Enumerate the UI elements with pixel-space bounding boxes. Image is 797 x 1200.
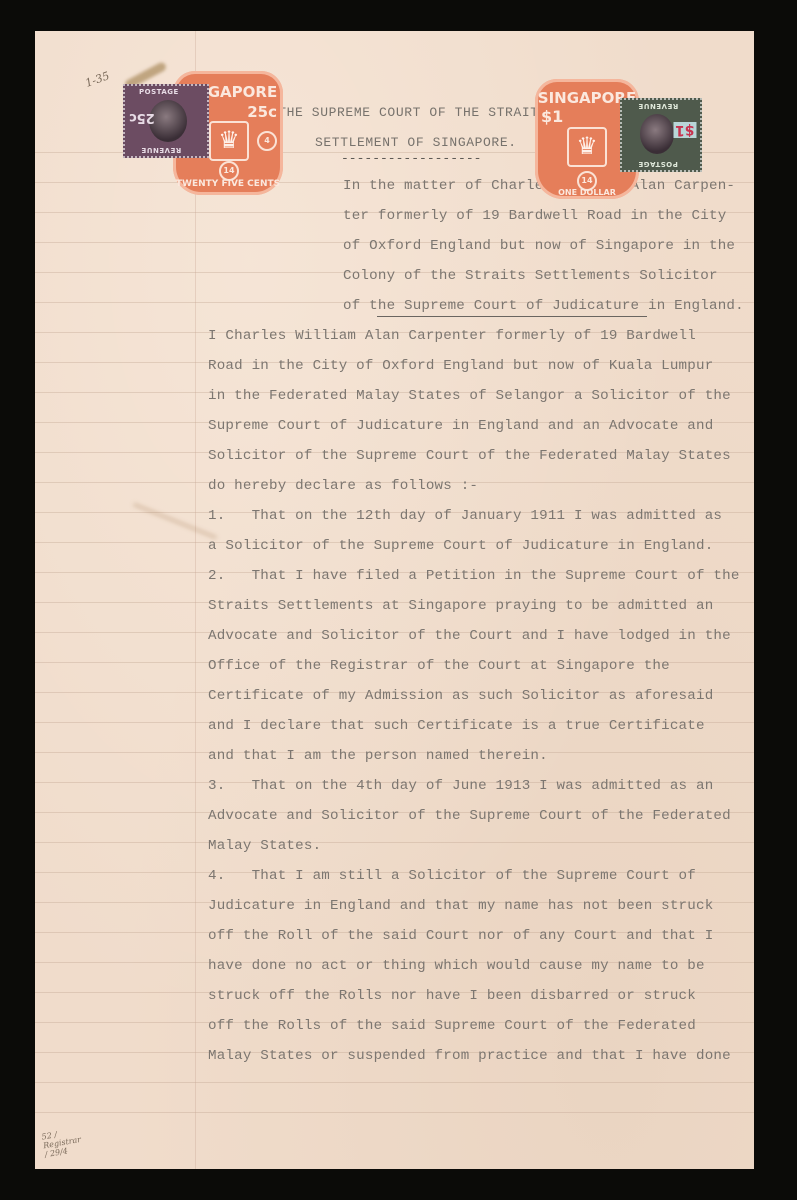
stamp-top-label: REVENUE	[638, 102, 678, 110]
body-line: Supreme Court of Judicature in England a…	[208, 418, 713, 434]
body-line: Certificate of my Admission as such Soli…	[208, 688, 713, 704]
ruled-line	[35, 1082, 754, 1083]
stamp-bottom-label: POSTAGE	[638, 160, 678, 168]
body-line: 1. That on the 12th day of January 1911 …	[208, 508, 722, 524]
ruled-line	[35, 842, 754, 843]
stamp-circle: 14	[219, 161, 239, 181]
body-line: in the Federated Malay States of Selango…	[208, 388, 731, 404]
body-line: Judicature in England and that my name h…	[208, 898, 713, 914]
pencil-note-bottom: 52 / Registrar / 29/4	[41, 1126, 85, 1160]
body-line: and that I am the person named therein.	[208, 748, 548, 764]
stamp-value: $1	[541, 107, 563, 126]
stamp-value: 25c	[129, 110, 155, 125]
body-line: Malay States or suspended from practice …	[208, 1048, 731, 1064]
stamp-bottom-label: REVENUE	[141, 146, 181, 154]
body-line: have done no act or thing which would ca…	[208, 958, 705, 974]
matter-line: ter formerly of 19 Bardwell Road in the …	[343, 208, 726, 224]
pencil-note-top: 1-35	[84, 69, 112, 90]
matter-line: of Oxford England but now of Singapore i…	[343, 238, 735, 254]
ink-smudge	[133, 502, 218, 539]
body-line: Advocate and Solicitor of the Supreme Co…	[208, 808, 731, 824]
body-line: do hereby declare as follows :-	[208, 478, 478, 494]
body-line: Straits Settlements at Singapore praying…	[208, 598, 713, 614]
body-line: Advocate and Solicitor of the Court and …	[208, 628, 731, 644]
heading-line-2: SETTLEMENT OF SINGAPORE.	[315, 135, 517, 150]
adhesive-stamp-green: REVENUE $1 POSTAGE	[620, 98, 702, 172]
body-line: and I declare that such Certificate is a…	[208, 718, 705, 734]
matter-line: Colony of the Straits Settlements Solici…	[343, 268, 718, 284]
matter-line: of the Supreme Court of Judicature in En…	[343, 298, 744, 314]
stamp-denomination: ONE DOLLAR	[535, 188, 639, 197]
body-line: Malay States.	[208, 838, 321, 854]
stamp-value: $1	[673, 122, 696, 138]
stamp-denomination: TWENTY FIVE CENTS	[173, 179, 283, 189]
crown-icon: ♛	[209, 121, 249, 161]
body-line: off the Roll of the said Court nor of an…	[208, 928, 713, 944]
ruled-line	[35, 1112, 754, 1113]
body-line: a Solicitor of the Supreme Court of Judi…	[208, 538, 713, 554]
body-line: Solicitor of the Supreme Court of the Fe…	[208, 448, 731, 464]
body-line: 3. That on the 4th day of June 1913 I wa…	[208, 778, 713, 794]
body-line: off the Rolls of the said Supreme Court …	[208, 1018, 696, 1034]
body-line: Road in the City of Oxford England but n…	[208, 358, 713, 374]
body-line: I Charles William Alan Carpenter formerl…	[208, 328, 696, 344]
matter-underline	[377, 316, 647, 317]
crown-icon: ♛	[567, 127, 607, 167]
document-page: 1-35 52 / Registrar / 29/4 IN THE SUPREM…	[35, 31, 754, 1169]
stamp-top-label: POSTAGE	[139, 88, 179, 96]
body-line: Office of the Registrar of the Court at …	[208, 658, 670, 674]
king-portrait-icon	[640, 114, 674, 154]
heading-rule: ------------------	[341, 151, 481, 166]
stamp-value: 25c	[247, 103, 277, 121]
adhesive-stamp-purple: POSTAGE 25c REVENUE	[123, 84, 209, 158]
body-line: 2. That I have filed a Petition in the S…	[208, 568, 740, 584]
margin-line	[195, 31, 196, 1169]
body-line: 4. That I am still a Solicitor of the Su…	[208, 868, 696, 884]
body-line: struck off the Rolls nor have I been dis…	[208, 988, 696, 1004]
stamp-circle: 4	[257, 131, 277, 151]
